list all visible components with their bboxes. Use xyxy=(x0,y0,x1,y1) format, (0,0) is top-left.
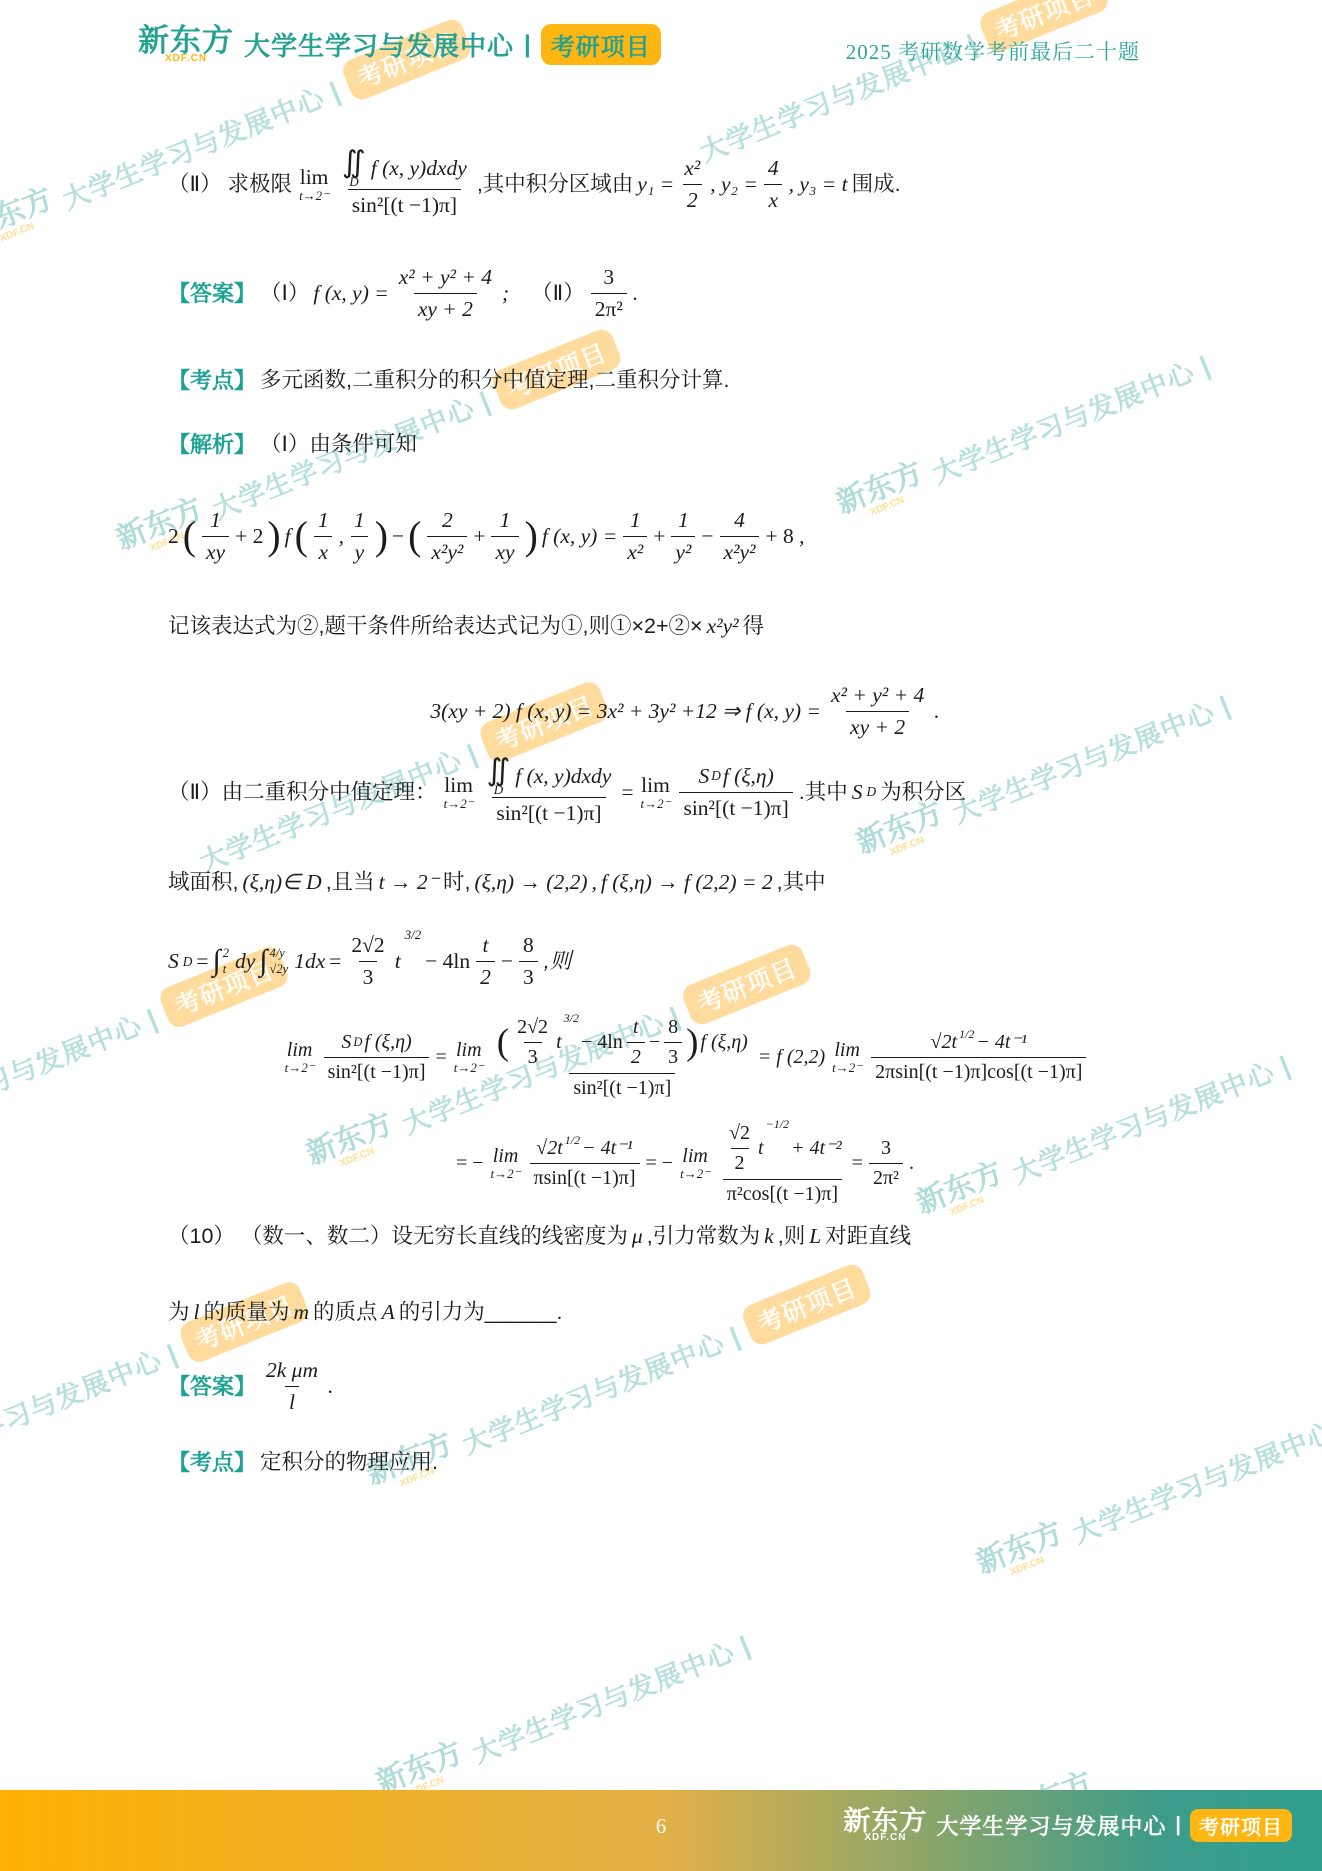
topic-label: 【考点】 xyxy=(168,1448,256,1478)
brand-logo-sub: XDF.CN xyxy=(165,54,207,64)
area-line: 域面积, (ξ,η)∈ D ,且当 t → 2⁻ 时, (ξ,η) → (2,2… xyxy=(168,868,1202,897)
num: 2√2 xyxy=(347,930,388,961)
sd-computation: SD = ∫ 2t dy ∫ 4/y√2y 1dx = 2√23 t3/2 − … xyxy=(168,930,1202,993)
lim-symbol: lim xyxy=(682,1146,708,1167)
watermark-logo-sub: XDF.CN xyxy=(889,836,926,859)
upper-limit: 2 xyxy=(223,946,229,962)
minus-4t-inv: − 4t⁻¹ xyxy=(582,1135,633,1162)
mvt-prefix: （Ⅱ）由二重积分中值定理： xyxy=(168,778,437,807)
num: 4 xyxy=(730,505,749,536)
left-paren: ( xyxy=(497,1026,509,1059)
den: xy + 2 xyxy=(846,711,909,743)
plus-4t-2: + 4t⁻² xyxy=(791,1135,842,1162)
left-paren: ( xyxy=(408,519,421,555)
sd-fraction: SDf (ξ,η) sin²[(t −1)π] xyxy=(679,761,792,824)
answer-10-fraction: 2k μml xyxy=(262,1355,322,1418)
num: 1 xyxy=(626,505,645,536)
frac-1-x: 1x xyxy=(314,505,333,568)
S-symbol: S xyxy=(698,762,709,791)
watermark-brand-logo: 新东方XDF.CN xyxy=(0,184,61,255)
roman-1: （Ⅰ） xyxy=(260,279,309,308)
question-2-suffix: 围成. xyxy=(852,170,901,199)
den: 3 xyxy=(664,1042,682,1072)
topic-10-line: 【考点】 定积分的物理应用. xyxy=(168,1448,1202,1478)
limit-chain-row-b: = − limt→2⁻ √2t1/2− 4t⁻¹ πsin[(t −1)π] =… xyxy=(168,1118,1202,1209)
result-fraction: 32π² xyxy=(869,1134,903,1193)
denominator: π²cos[(t −1)π] xyxy=(723,1179,842,1209)
dy: dy xyxy=(235,947,255,976)
integral-limits: 4/y√2y xyxy=(270,946,289,977)
minus: − xyxy=(392,522,404,551)
page-number: 6 xyxy=(656,1814,667,1839)
text-with-blank: 的引力为______. xyxy=(399,1298,563,1327)
y1-num: x² xyxy=(680,153,704,184)
fraction-1: √2t1/2− 4t⁻¹ πsin[(t −1)π] xyxy=(530,1134,640,1193)
integrand: f (x, y)dxdy xyxy=(371,154,467,183)
analysis-line: 【解析】 （Ⅰ）由条件可知 xyxy=(168,430,1202,460)
y2-fraction: 4x xyxy=(764,153,783,216)
f-xi-eta: f (ξ,η) xyxy=(364,1029,411,1056)
limit-operator: limt→2⁻ xyxy=(832,1040,862,1075)
coef-2: 2 xyxy=(168,522,179,551)
frac-8-3: 83 xyxy=(519,930,538,993)
fxy-equals: f (x, y) = xyxy=(542,522,617,551)
answer-1-den: xy + 2 xyxy=(414,293,477,325)
denominator: sin²[(t −1)π] xyxy=(679,792,792,824)
lim-symbol: lim xyxy=(444,774,473,797)
header-brand: 新东方 XDF.CN 大学生学习与发展中心 | 考研项目 xyxy=(138,24,661,65)
denominator: πsin[(t −1)π] xyxy=(530,1163,640,1193)
xi-eta-to-22: (ξ,η) → (2,2) xyxy=(474,868,587,897)
derived-lhs: 3(xy + 2) f (x, y) = 3x² + 3y² +12 ⇒ f (… xyxy=(430,697,821,726)
brand-logo-sub: XDF.CN xyxy=(864,1833,906,1843)
question-10-line-2: 为 l 的质量为 m 的质点 A 的引力为______. xyxy=(168,1298,1202,1327)
t-symbol: t xyxy=(556,1029,562,1056)
brand-org-name: 大学生学习与发展中心 xyxy=(936,1810,1166,1841)
lim-subscript: t→2⁻ xyxy=(640,797,670,811)
question-10-line: （10） （数一、数二）设无穷长直线的线密度为 μ ,引力常数为 k ,则 L … xyxy=(168,1222,1202,1251)
lim-symbol: lim xyxy=(834,1040,860,1061)
num: t xyxy=(629,1013,643,1042)
semicolon: ; xyxy=(502,279,509,308)
y2-den: x xyxy=(764,184,782,216)
denominator: sin²[(t −1)π] xyxy=(569,1073,675,1103)
answer-label: 【答案】 xyxy=(168,279,256,309)
denominator: sin²[(t −1)π] xyxy=(324,1057,430,1087)
y2-label: , y₂ = xyxy=(710,170,758,199)
y1-fraction: x²2 xyxy=(680,153,704,216)
den: x²y² xyxy=(427,536,467,568)
left-paren: ( xyxy=(295,519,308,555)
den: 3 xyxy=(359,961,378,993)
frac-1-y: 1y xyxy=(350,505,369,568)
limit-operator: limt→2⁻ xyxy=(454,1040,484,1075)
double-integral-symbol: ∬ xyxy=(487,757,511,784)
frac-2-x2y2: 2x²y² xyxy=(427,505,467,568)
m-symbol: m xyxy=(294,1298,310,1327)
double-integral-symbol: ∬ xyxy=(342,149,366,176)
num: 1 xyxy=(674,505,693,536)
frac-1-xy: 1xy xyxy=(202,505,229,568)
denominator: sin²[(t −1)π] xyxy=(492,797,605,829)
then-text: ,则 xyxy=(544,947,571,976)
limit-operator: limt→2⁻ xyxy=(299,166,329,202)
frac-2sqrt2-3: 2√23 xyxy=(513,1013,552,1072)
watermark-logo-sub: XDF.CN xyxy=(1009,1556,1046,1579)
f-symbol: f xyxy=(285,522,291,551)
text: （10） （数一、数二）设无穷长直线的线密度为 xyxy=(168,1222,628,1251)
den: 2 xyxy=(476,961,495,993)
den: y² xyxy=(671,536,695,568)
f-xi-eta: f (ξ,η) xyxy=(723,762,774,791)
den: l xyxy=(285,1386,299,1418)
text: 对距直线 xyxy=(825,1222,911,1251)
y3-label: , y₃ = t xyxy=(789,170,848,199)
period: . xyxy=(909,1150,914,1177)
roman-2: （Ⅱ） xyxy=(531,279,585,308)
condition-formula: 2 ( 1xy + 2 ) f ( 1x , 1y ) − ( 2x²y² + … xyxy=(168,505,1202,568)
answer-2-den: 2π² xyxy=(591,293,627,325)
brand-logo-text: 新东方 xyxy=(843,1808,927,1835)
num: 3 xyxy=(877,1134,895,1163)
S-symbol: S xyxy=(341,1029,351,1056)
t-symbol: t xyxy=(758,1135,764,1162)
t-exponent: 3/2 xyxy=(405,927,421,944)
integral-limits: 2t xyxy=(223,946,229,977)
num: 2 xyxy=(438,505,457,536)
upper-limit: 4/y xyxy=(270,946,285,962)
mvt-suffix: 为积分区 xyxy=(880,778,966,807)
num: 8 xyxy=(664,1013,682,1042)
lower-limit: √2y xyxy=(270,962,289,978)
right-paren: ) xyxy=(375,519,388,555)
answer-2-fraction: 32π² xyxy=(591,262,627,325)
lim-subscript: t→2⁻ xyxy=(299,189,329,203)
brand-logo-text: 新东方 xyxy=(138,25,234,56)
brand-badge: 考研项目 xyxy=(541,24,661,65)
derived-formula: 3(xy + 2) f (x, y) = 3x² + 3y² +12 ⇒ f (… xyxy=(168,680,1202,743)
answer-line: 【答案】 （Ⅰ） f (x, y) = x² + y² + 4xy + 2 ; … xyxy=(168,262,1202,325)
num: 1 xyxy=(496,505,515,536)
lim-subscript: t→2⁻ xyxy=(454,1061,484,1075)
question-2-middle-text: ,其中积分区域由 xyxy=(477,170,633,199)
sqrt2t: √2t xyxy=(931,1029,958,1056)
analysis-text: （Ⅰ）由条件可知 xyxy=(260,430,417,459)
num: √2 xyxy=(725,1119,754,1148)
sqrt2t: √2t xyxy=(536,1135,563,1162)
minus-4ln: − 4ln xyxy=(425,947,470,976)
limit-operator: limt→2⁻ xyxy=(680,1146,710,1181)
mvt-middle-text: .其中 xyxy=(799,778,848,807)
notation-line: 记该表达式为②,题干条件所给表达式记为①,则①×2+②× x²y² 得 xyxy=(168,612,1202,641)
num: t xyxy=(479,930,493,961)
y2-num: 4 xyxy=(764,153,783,184)
den: 2 xyxy=(627,1042,645,1072)
comma: , xyxy=(592,868,597,897)
lower-limit: t xyxy=(223,962,226,978)
lim-symbol: lim xyxy=(493,1146,519,1167)
footer-bar: 6 新东方 XDF.CN 大学生学习与发展中心 | 考研项目 xyxy=(0,1790,1322,1871)
minus: − xyxy=(649,1029,660,1056)
frac-1-y2: 1y² xyxy=(671,505,695,568)
S-subscript: D xyxy=(353,1034,362,1051)
den: x xyxy=(314,536,332,568)
exponent: 1/2 xyxy=(959,1026,974,1042)
lim-subscript: t→2⁻ xyxy=(832,1061,862,1075)
lim-subscript: t→2⁻ xyxy=(285,1061,315,1075)
text: 的质点 xyxy=(313,1298,378,1327)
S-subscript: D xyxy=(866,783,876,801)
lim-subscript: t→2⁻ xyxy=(680,1167,710,1181)
xi-eta-in-D: (ξ,η)∈ D xyxy=(242,868,321,897)
frac-1-xy-2: 1xy xyxy=(491,505,518,568)
limit-chain-row-a: limt→2⁻ SDf (ξ,η) sin²[(t −1)π] = limt→2… xyxy=(168,1012,1202,1103)
num: 8 xyxy=(519,930,538,961)
frac-8-3: 83 xyxy=(664,1013,682,1072)
num: 2k μm xyxy=(262,1355,322,1386)
L-symbol: L xyxy=(809,1222,821,1251)
watermark-text: 大学生学习与发展中心 | xyxy=(0,997,163,1144)
right-paren: ) xyxy=(267,519,280,555)
text: 时, xyxy=(443,868,470,897)
den: 2 xyxy=(731,1148,749,1178)
den: x² xyxy=(623,536,647,568)
mu-symbol: μ xyxy=(632,1222,643,1251)
watermark: 新东方XDF.CN 大学生学习与发展中心 | xyxy=(373,1623,756,1809)
x2y2-term: x²y² xyxy=(707,612,739,641)
A-symbol: A xyxy=(382,1298,395,1327)
k-symbol: k xyxy=(764,1222,774,1251)
den: y xyxy=(351,536,369,568)
limit-operator: limt→2⁻ xyxy=(285,1040,315,1075)
comma: , xyxy=(339,522,344,551)
lim-symbol: lim xyxy=(641,774,670,797)
den: xy xyxy=(202,536,229,568)
equals: = xyxy=(196,947,208,976)
t-exponent: 3/2 xyxy=(564,1010,579,1026)
lim-symbol: lim xyxy=(287,1040,313,1061)
frac-2sqrt2-3: 2√23 xyxy=(347,930,388,993)
watermark-logo-text: 新东方 xyxy=(973,1518,1068,1580)
third-fraction: √2t1/2− 4t⁻¹ 2πsin[(t −1)π]cos[(t −1)π] xyxy=(871,1028,1086,1087)
equals: = xyxy=(435,1044,446,1071)
fraction-2: √22 t−1/2 + 4t⁻² π²cos[(t −1)π] xyxy=(719,1118,846,1209)
big-fraction: ( 2√23 t3/2 − 4ln t2 − 83 ) f (ξ,η) sin²… xyxy=(493,1012,752,1103)
answer-2-num: 3 xyxy=(599,262,618,293)
right-paren: ) xyxy=(686,1026,698,1059)
integrand: f (x, y)dxdy xyxy=(515,762,611,791)
brand-separator: | xyxy=(524,31,531,59)
lim-symbol: lim xyxy=(456,1040,482,1061)
left-paren: ( xyxy=(183,519,196,555)
topic-text: 定积分的物理应用. xyxy=(260,1448,438,1477)
brand-org-name: 大学生学习与发展中心 xyxy=(244,26,514,63)
equals-minus: = − xyxy=(646,1150,674,1177)
answer-1-fraction: x² + y² + 4xy + 2 xyxy=(395,262,496,325)
y1-den: 2 xyxy=(683,184,702,216)
plus: + xyxy=(473,522,485,551)
num: 1 xyxy=(314,505,333,536)
period: . xyxy=(328,1372,333,1401)
den: x²y² xyxy=(720,536,760,568)
integral-symbol: ∫ xyxy=(213,941,221,982)
y1-label: y₁ = xyxy=(637,170,674,199)
S-subscript: D xyxy=(183,953,193,971)
frac-1-x2: 1x² xyxy=(623,505,647,568)
f-limit-value: f (ξ,η) → f (2,2) = 2 xyxy=(601,868,773,897)
plus-8: + 8 , xyxy=(765,522,804,551)
S-symbol: S xyxy=(852,778,863,807)
num: 1 xyxy=(206,505,225,536)
answer-10-line: 【答案】 2k μml . xyxy=(168,1355,1202,1418)
t-symbol: t xyxy=(395,947,401,976)
watermark-logo-sub: XDF.CN xyxy=(0,222,36,245)
frac-4-x2y2: 4x²y² xyxy=(720,505,760,568)
minus: − xyxy=(701,522,713,551)
brand-badge: 考研项目 xyxy=(1190,1809,1292,1842)
answer-label: 【答案】 xyxy=(168,1372,256,1402)
notation-text-2: 得 xyxy=(743,612,765,641)
equals-minus: = − xyxy=(456,1150,484,1177)
frac-t-2: t2 xyxy=(627,1013,645,1072)
l-symbol: l xyxy=(194,1298,200,1327)
question-2-line: （Ⅱ） 求极限 limt→2⁻ ∬Df (x, y)dxdy sin²[(t −… xyxy=(168,148,1202,221)
analysis-label: 【解析】 xyxy=(168,430,256,460)
sd-fraction: SDf (ξ,η) sin²[(t −1)π] xyxy=(324,1028,430,1087)
answer-1-num: x² + y² + 4 xyxy=(395,262,496,293)
integral-fraction: ∬Df (x, y)dxdy sin²[(t −1)π] xyxy=(338,148,471,221)
minus-4ln: − 4ln xyxy=(581,1029,623,1056)
text: 为 xyxy=(168,1298,190,1327)
equals: = xyxy=(621,778,633,807)
text: 的质量为 xyxy=(204,1298,290,1327)
fxy-equals: f (x, y) = xyxy=(313,279,388,308)
den: 3 xyxy=(519,961,538,993)
double-integral: ∬D xyxy=(487,757,511,796)
brand-logo: 新东方 XDF.CN xyxy=(843,1808,927,1843)
text: ,且当 xyxy=(326,868,375,897)
equals: = xyxy=(329,947,341,976)
document-page: 新东方XDF.CN 大学生学习与发展中心 | 考研项目 大学生学习与发展中心 |… xyxy=(0,0,1322,1871)
equals: = xyxy=(852,1150,863,1177)
minus-4t-inv: − 4t⁻¹ xyxy=(976,1029,1027,1056)
document-title: 2025 考研数学考前最后二十题 xyxy=(846,36,1140,66)
mvt-line: （Ⅱ）由二重积分中值定理： limt→2⁻ ∬Df (x, y)dxdy sin… xyxy=(168,756,1202,829)
denominator: sin²[(t −1)π] xyxy=(348,189,461,221)
den: 2π² xyxy=(869,1163,903,1193)
brand-logo: 新东方 XDF.CN xyxy=(138,25,234,64)
num: x² + y² + 4 xyxy=(827,680,928,711)
plus: + xyxy=(653,522,665,551)
den: 3 xyxy=(524,1042,542,1072)
num: 2√2 xyxy=(513,1013,552,1042)
right-paren: ) xyxy=(525,519,538,555)
integral-domain: D xyxy=(494,784,503,796)
f-xi-eta: f (ξ,η) xyxy=(700,1029,747,1056)
notation-text-1: 记该表达式为②,题干条件所给表达式记为①,则①×2+②× xyxy=(168,612,703,641)
1dx: 1dx xyxy=(294,947,325,976)
frac-t-2: t2 xyxy=(476,930,495,993)
topic-label: 【考点】 xyxy=(168,366,256,396)
lim-subscript: t→2⁻ xyxy=(444,797,474,811)
limit-operator: limt→2⁻ xyxy=(444,774,474,810)
t-exponent: −1/2 xyxy=(766,1116,789,1132)
watermark: 大学生学习与发展中心 | 考研项目 xyxy=(692,0,1111,170)
text: 域面积, xyxy=(168,868,238,897)
minus: − xyxy=(501,947,513,976)
watermark-brand-logo: 新东方XDF.CN xyxy=(973,1518,1071,1589)
derived-fraction: x² + y² + 4xy + 2 xyxy=(827,680,928,743)
text: ,其中 xyxy=(777,868,826,897)
double-integral: ∬D xyxy=(342,149,366,188)
limit-operator: limt→2⁻ xyxy=(491,1146,521,1181)
text: ,则 xyxy=(778,1222,805,1251)
period: . xyxy=(633,279,638,308)
S-symbol: S xyxy=(168,947,179,976)
plus-2: + 2 xyxy=(235,522,263,551)
equals-f22: = f (2,2) xyxy=(758,1044,825,1071)
lim-symbol: lim xyxy=(300,166,329,189)
footer-brand: 新东方 XDF.CN 大学生学习与发展中心 | 考研项目 xyxy=(843,1808,1292,1843)
lim-subscript: t→2⁻ xyxy=(491,1167,521,1181)
watermark-logo-text: 新东方 xyxy=(0,184,57,246)
watermark-text: 大学生学习与发展中心 | xyxy=(465,1623,755,1770)
brand-separator: | xyxy=(1175,1814,1181,1837)
topic-line: 【考点】 多元函数,二重积分的积分中值定理,二重积分计算. xyxy=(168,366,1202,396)
den: xy xyxy=(491,536,518,568)
period: . xyxy=(934,697,939,726)
t-to-2: t → 2⁻ xyxy=(379,868,439,897)
watermark-text: 大学生学习与发展中心 | xyxy=(0,1332,183,1479)
exponent: 1/2 xyxy=(565,1132,580,1148)
text: ,引力常数为 xyxy=(647,1222,760,1251)
question-2-prefix: （Ⅱ） 求极限 xyxy=(168,170,292,199)
topic-text: 多元函数,二重积分的积分中值定理,二重积分计算. xyxy=(260,366,729,395)
S-subscript: D xyxy=(711,767,721,785)
integral-symbol: ∫ xyxy=(259,941,267,982)
num: 1 xyxy=(350,505,369,536)
watermark: 新东方XDF.CN 大学生学习与发展中心 | xyxy=(973,1403,1322,1589)
frac-sqrt2-2: √22 xyxy=(725,1119,754,1178)
integral-domain: D xyxy=(349,176,358,188)
denominator: 2πsin[(t −1)π]cos[(t −1)π] xyxy=(871,1057,1086,1087)
integral-fraction: ∬Df (x, y)dxdy sin²[(t −1)π] xyxy=(483,756,616,829)
limit-operator: limt→2⁻ xyxy=(640,774,670,810)
